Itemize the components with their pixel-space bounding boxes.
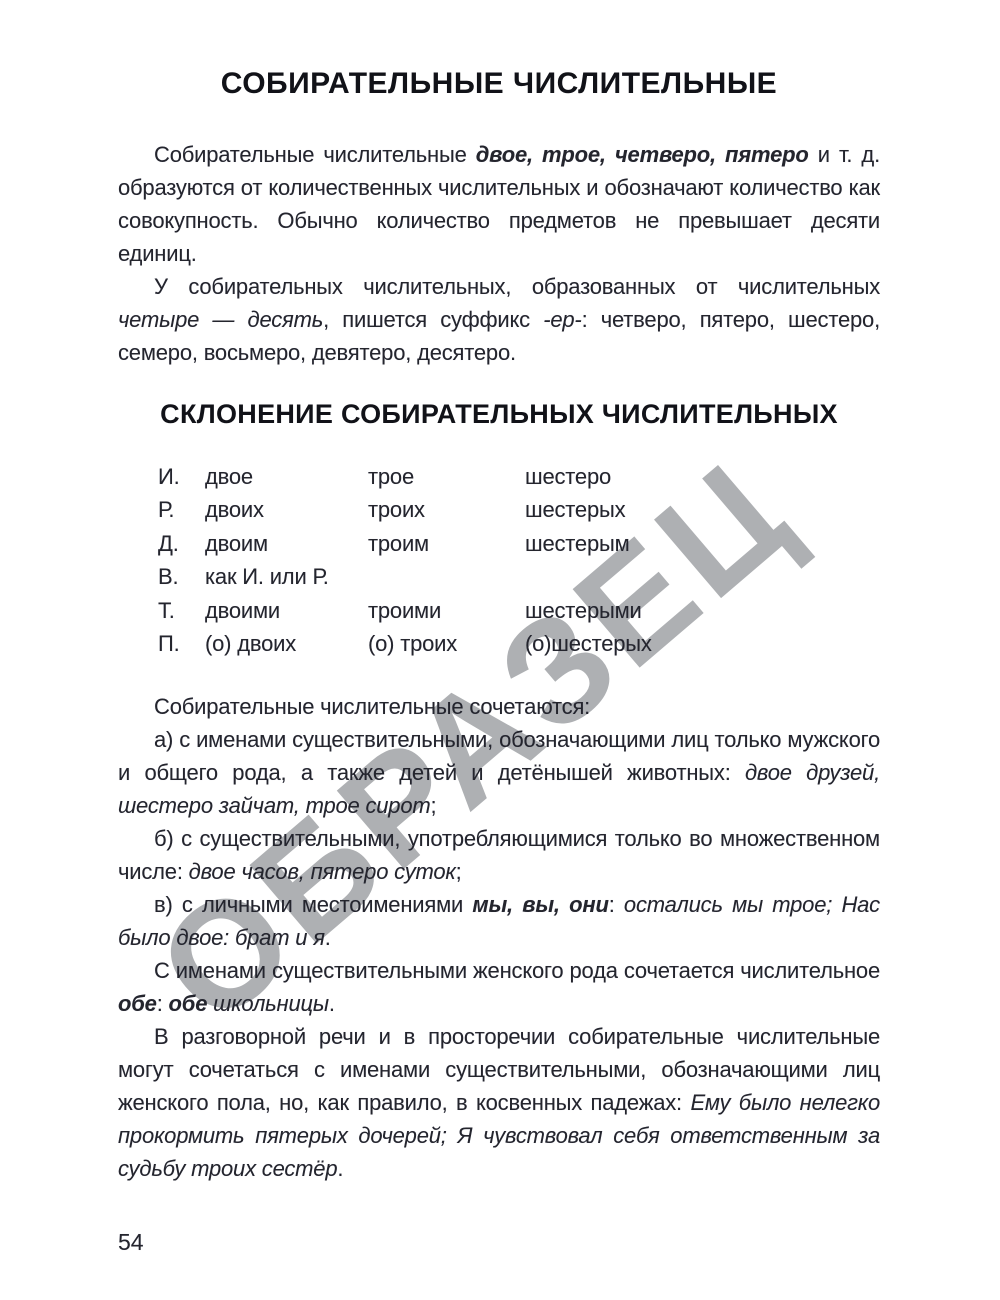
text-run: Собирательные числительные сочетаются: (154, 694, 590, 719)
emphasized-text: двое часов, пятеро суток (189, 859, 456, 884)
numeral-form: двоим (205, 527, 368, 560)
numeral-form: двоими (205, 594, 368, 627)
page-content: СОБИРАТЕЛЬНЫЕ ЧИСЛИТЕЛЬНЫЕ Собирательные… (118, 66, 880, 1185)
page-number: 54 (118, 1229, 144, 1256)
table-row: В.как И. или Р. (158, 560, 880, 593)
section-heading: СКЛОНЕНИЕ СОБИРАТЕЛЬНЫХ ЧИСЛИТЕЛЬНЫХ (118, 397, 880, 431)
emphasized-text: двое, трое, четверо, пятеро (476, 142, 809, 167)
emphasized-text: -ер- (543, 307, 581, 332)
numeral-form: (о)шестерых (525, 627, 880, 660)
text-run: : (157, 991, 169, 1016)
numeral-form: двое (205, 460, 368, 493)
numeral-form: шестерых (525, 493, 880, 526)
text-run: в) с личными местоимениями (154, 892, 472, 917)
paragraph: У собирательных числительных, образованн… (118, 270, 880, 369)
numeral-form: шестерым (525, 527, 880, 560)
page-title: СОБИРАТЕЛЬНЫЕ ЧИСЛИТЕЛЬНЫЕ (118, 66, 880, 102)
paragraph: б) с существительными, употребляющимися … (118, 822, 880, 888)
numeral-form: шестерыми (525, 594, 880, 627)
usage-paragraphs: Собирательные числительные сочетаются:а)… (118, 690, 880, 1185)
numeral-form: троими (368, 594, 525, 627)
case-label: Р. (158, 493, 205, 526)
case-label: П. (158, 627, 205, 660)
text-run: ; (431, 793, 437, 818)
table-row: Р.двоихтроихшестерых (158, 493, 880, 526)
emphasized-text: школьницы (213, 991, 329, 1016)
numeral-form: троим (368, 527, 525, 560)
text-run: У собирательных числительных, образованн… (154, 274, 880, 299)
table-row: И.двоетроешестеро (158, 460, 880, 493)
text-run: . (337, 1156, 343, 1181)
paragraph: а) с именами существительными, обозначаю… (118, 723, 880, 822)
numeral-form: как И. или Р. (205, 560, 368, 593)
numeral-form: шестеро (525, 460, 880, 493)
text-run: . (329, 991, 335, 1016)
numeral-form: (о) двоих (205, 627, 368, 660)
text-run: ; (456, 859, 462, 884)
emphasized-text: обе (118, 991, 157, 1016)
table-row: Д.двоимтроимшестерым (158, 527, 880, 560)
text-run: С именами существительными женского рода… (154, 958, 880, 983)
numeral-form: двоих (205, 493, 368, 526)
table-row: П.(о) двоих(о) троих(о)шестерых (158, 627, 880, 660)
numeral-form (525, 560, 880, 593)
paragraph: В разговорной речи и в просторечии собир… (118, 1020, 880, 1185)
case-label: Д. (158, 527, 205, 560)
numeral-form (368, 560, 525, 593)
emphasized-text: обе (169, 991, 208, 1016)
text-run: : (609, 892, 624, 917)
paragraph: Собирательные числительные двое, трое, ч… (118, 138, 880, 270)
numeral-form: (о) троих (368, 627, 525, 660)
text-run: , пишется суффикс (323, 307, 543, 332)
intro-paragraphs: Собирательные числительные двое, трое, ч… (118, 138, 880, 369)
emphasized-text: четыре — десять (118, 307, 323, 332)
textbook-page: ОБРАЗЕЦ СОБИРАТЕЛЬНЫЕ ЧИСЛИТЕЛЬНЫЕ Собир… (0, 0, 1000, 1300)
numeral-form: троих (368, 493, 525, 526)
table-row: Т.двоимитроимишестерыми (158, 594, 880, 627)
paragraph: С именами существительными женского рода… (118, 954, 880, 1020)
case-label: Т. (158, 594, 205, 627)
text-run: Собирательные числительные (154, 142, 476, 167)
emphasized-text: мы, вы, они (472, 892, 608, 917)
text-run: . (325, 925, 331, 950)
case-label: И. (158, 460, 205, 493)
paragraph: в) с личными местоимениями мы, вы, они: … (118, 888, 880, 954)
numeral-form: трое (368, 460, 525, 493)
declension-table: И.двоетроешестероР.двоихтроихшестерыхД.д… (158, 460, 880, 660)
paragraph: Собирательные числительные сочетаются: (118, 690, 880, 723)
case-label: В. (158, 560, 205, 593)
